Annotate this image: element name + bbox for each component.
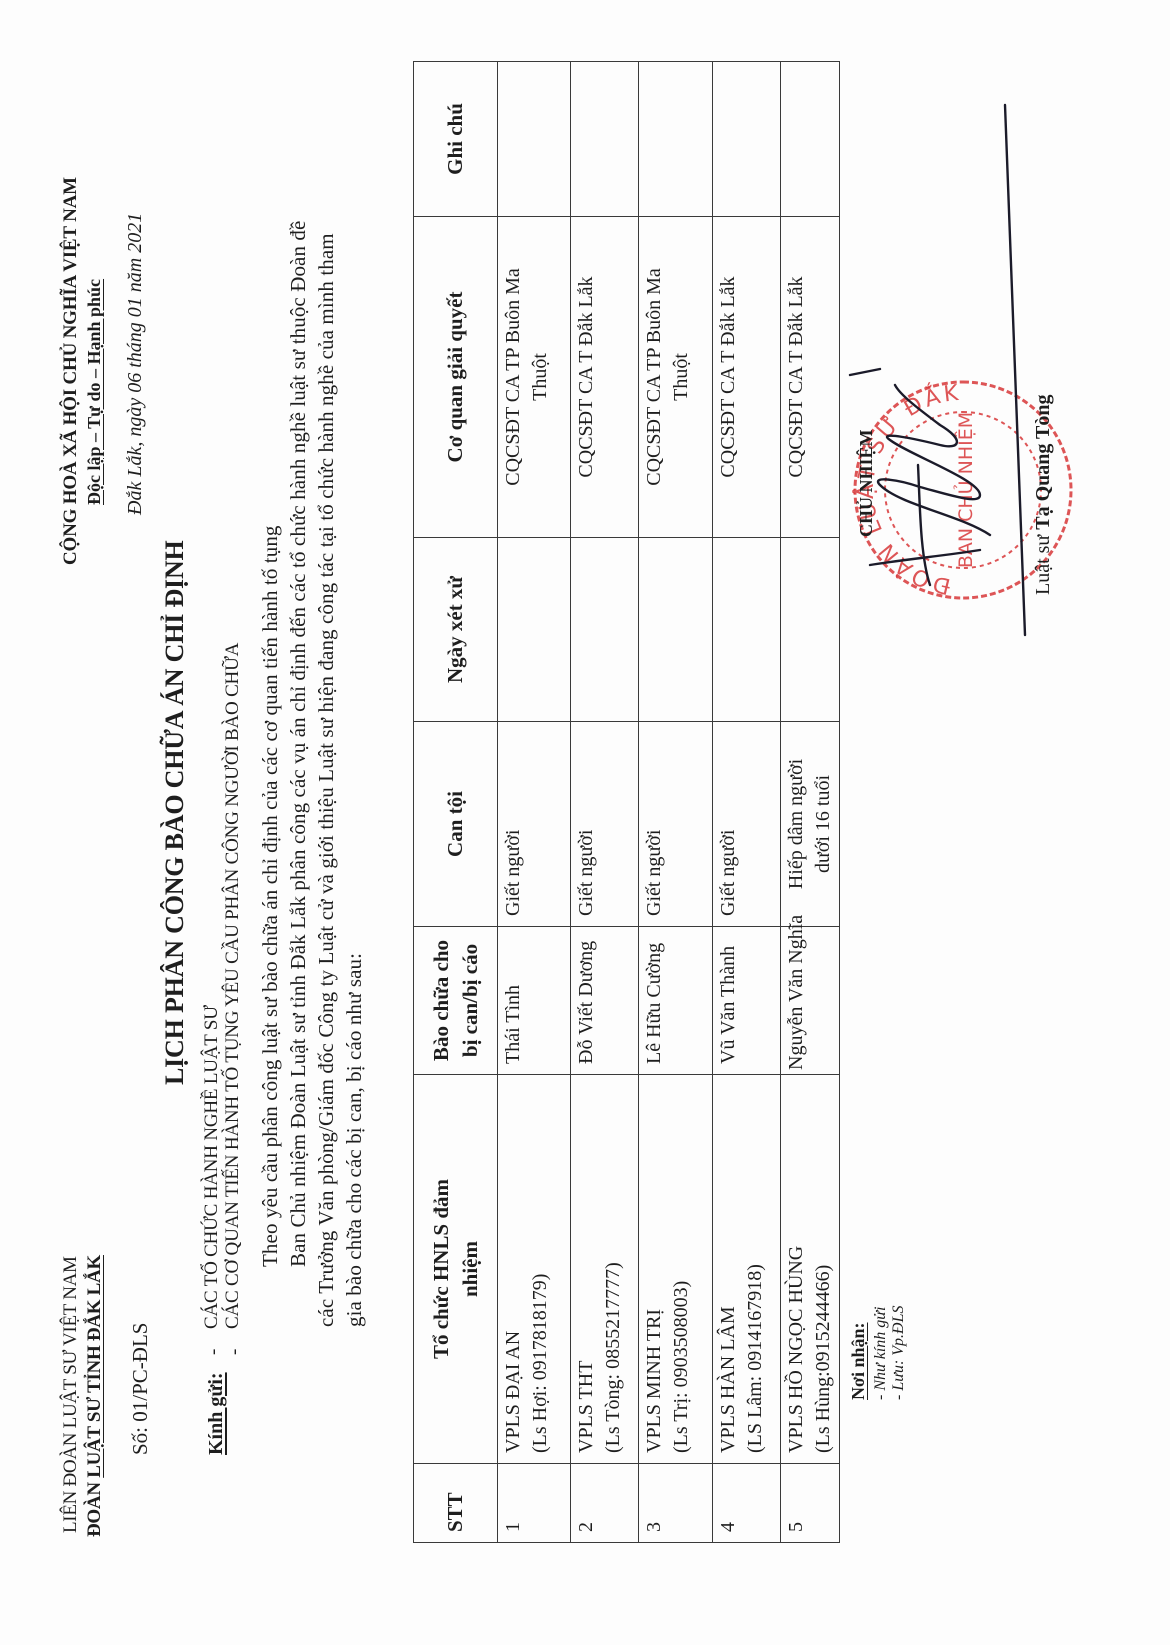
cell-agency: CQCSĐT CA T Đắk Lắk [713, 217, 781, 538]
org-name-line1: LIÊN ĐOÀN LUẬT SƯ VIỆT NAM [60, 1256, 82, 1533]
distribution-label: Nơi nhận: [848, 1323, 869, 1401]
cell-note [639, 62, 713, 217]
org-contact: (LS Lâm: 0914167918) [742, 1085, 769, 1453]
cell-agency: CQCSĐT CA TP Buôn Ma Thuột [498, 217, 571, 538]
document-page: LIÊN ĐOÀN LUẬT SƯ VIỆT NAM ĐOÀN LUẬT SƯ … [0, 0, 1170, 1645]
cell-charge: Giết người [639, 722, 713, 927]
date-line: Đắk Lắk, ngày 06 tháng 01 năm 2021 [124, 213, 147, 515]
cell-org: VPLS ĐẠI AN(Ls Hợi: 0917818179) [498, 1075, 571, 1464]
table-header-row: STT Tổ chức HNLS đảm nhiệm Bào chữa cho … [414, 62, 498, 1543]
national-motto: Độc lập – Tự do – Hạnh phúc [84, 279, 105, 505]
column-header-trial-date: Ngày xét xử [414, 538, 498, 722]
org-name-line2: ĐOÀN LUẬT SƯ TỈNH ĐẮK LẮK [84, 1255, 106, 1537]
cell-agency: CQCSĐT CA T Đắk Lắk [571, 217, 639, 538]
distribution-item: - Như kính gửi [872, 1307, 890, 1400]
table-row: 2 VPLS THT(Ls Tòng: 0855217777) Đỗ Viết … [571, 62, 639, 1543]
body-paragraph-line: các Trưởng Văn phòng/Giám đốc Công ty Lu… [314, 233, 339, 1327]
cell-defendant: Vũ Văn Thành [713, 927, 781, 1075]
cell-stt: 3 [639, 1464, 713, 1543]
cell-defendant: Nguyễn Văn Nghĩa [781, 927, 840, 1075]
cell-agency: CQCSĐT CA TP Buôn Ma Thuột [639, 217, 713, 538]
recipient-item: CÁC CƠ QUAN TIẾN HÀNH TỐ TỤNG YÊU CẦU PH… [222, 643, 244, 1329]
cell-charge: Giết người [571, 722, 639, 927]
cell-note [781, 62, 840, 217]
org-name: VPLS THT [573, 1085, 600, 1453]
org-name: VPLS ĐẠI AN [500, 1085, 527, 1453]
org-contact: (Ls Tòng: 0855217777) [600, 1085, 627, 1453]
body-paragraph-line: gia bào chữa cho các bị can, bị cáo như … [342, 953, 367, 1327]
recipient-item: CÁC TỔ CHỨC HÀNH NGHỀ LUẬT SƯ [201, 1005, 223, 1329]
org-name-underlined: LUẬT SƯ TỈNH ĐẮK LẮK [84, 1255, 105, 1478]
cell-stt: 4 [713, 1464, 781, 1543]
cell-note [713, 62, 781, 217]
nation-heading: CỘNG HOÀ XÃ HỘI CHỦ NGHĨA VIỆT NAM [60, 177, 82, 565]
cell-charge: Giết người [713, 722, 781, 927]
org-name: VPLS MINH TRỊ [641, 1085, 668, 1453]
cell-stt: 1 [498, 1464, 571, 1543]
org-name: VPLS HÀN LÂM [715, 1085, 742, 1453]
column-header-note: Ghi chú [414, 62, 498, 217]
list-dash: - [203, 1349, 225, 1355]
column-header-stt: STT [414, 1464, 498, 1543]
cell-agency: CQCSĐT CA T Đắk Lắk [781, 217, 840, 538]
cell-stt: 2 [571, 1464, 639, 1543]
cell-charge: Hiếp dâm người dưới 16 tuổi [781, 722, 840, 927]
column-header-org: Tổ chức HNLS đảm nhiệm [414, 1075, 498, 1464]
handwritten-signature-icon [840, 95, 1050, 655]
org-name: VPLS HỒ NGỌC HÙNG [783, 1085, 810, 1453]
cell-stt: 5 [781, 1464, 840, 1543]
cell-defendant: Lê Hữu Cường [639, 927, 713, 1075]
column-header-defendant: Bào chữa cho bị can/bị cáo [414, 927, 498, 1075]
list-dash: - [224, 1349, 246, 1355]
cell-org: VPLS MINH TRỊ(Ls Trị: 0903508003) [639, 1075, 713, 1464]
signatory-fullname: Tạ Quang Tòng [1032, 394, 1054, 529]
cell-charge: Giết người [498, 722, 571, 927]
assignment-table: STT Tổ chức HNLS đảm nhiệm Bào chữa cho … [413, 61, 840, 1543]
cell-note [571, 62, 639, 217]
table-row: 4 VPLS HÀN LÂM(LS Lâm: 0914167918) Vũ Vă… [713, 62, 781, 1543]
cell-org: VPLS HÀN LÂM(LS Lâm: 0914167918) [713, 1075, 781, 1464]
org-name-prefix: ĐOÀN [84, 1478, 105, 1537]
document-number: Số: 01/PC-ĐLS [128, 1323, 153, 1455]
signatory-name: Luật sư Tạ Quang Tòng [1032, 394, 1055, 595]
column-header-charge: Can tội [414, 722, 498, 927]
cell-trial-date [571, 538, 639, 722]
cell-defendant: Thái Tình [498, 927, 571, 1075]
cell-org: VPLS HỒ NGỌC HÙNG(Ls Hùng:0915244466) [781, 1075, 840, 1464]
cell-trial-date [639, 538, 713, 722]
signatory-title: CHỦ NHIỆM [856, 430, 877, 538]
org-contact: (Ls Hợi: 0917818179) [527, 1085, 554, 1453]
recipients-to-label: Kính gửi: [205, 1372, 228, 1455]
cell-trial-date [498, 538, 571, 722]
cell-org: VPLS THT(Ls Tòng: 0855217777) [571, 1075, 639, 1464]
body-paragraph-line: Ban Chủ nhiệm Đoàn Luật sư tỉnh Đắk Lắk … [286, 221, 311, 1267]
cell-trial-date [713, 538, 781, 722]
cell-defendant: Đỗ Viết Dương [571, 927, 639, 1075]
cell-note [498, 62, 571, 217]
column-header-agency: Cơ quan giải quyết [414, 217, 498, 538]
signatory-prefix: Luật sư [1032, 530, 1054, 595]
table-row: 5 VPLS HỒ NGỌC HÙNG(Ls Hùng:0915244466) … [781, 62, 840, 1543]
org-contact: (Ls Trị: 0903508003) [668, 1085, 695, 1453]
document-title: LỊCH PHÂN CÔNG BÀO CHỮA ÁN CHỈ ĐỊNH [160, 540, 190, 1085]
cell-trial-date [781, 538, 840, 722]
body-paragraph-line: Theo yêu cầu phân công luật sư bào chữa … [258, 525, 283, 1267]
org-contact: (Ls Hùng:0915244466) [810, 1085, 837, 1453]
table-row: 1 VPLS ĐẠI AN(Ls Hợi: 0917818179) Thái T… [498, 62, 571, 1543]
table-row: 3 VPLS MINH TRỊ(Ls Trị: 0903508003) Lê H… [639, 62, 713, 1543]
distribution-item: - Lưu: Vp.ĐLS [890, 1305, 908, 1400]
